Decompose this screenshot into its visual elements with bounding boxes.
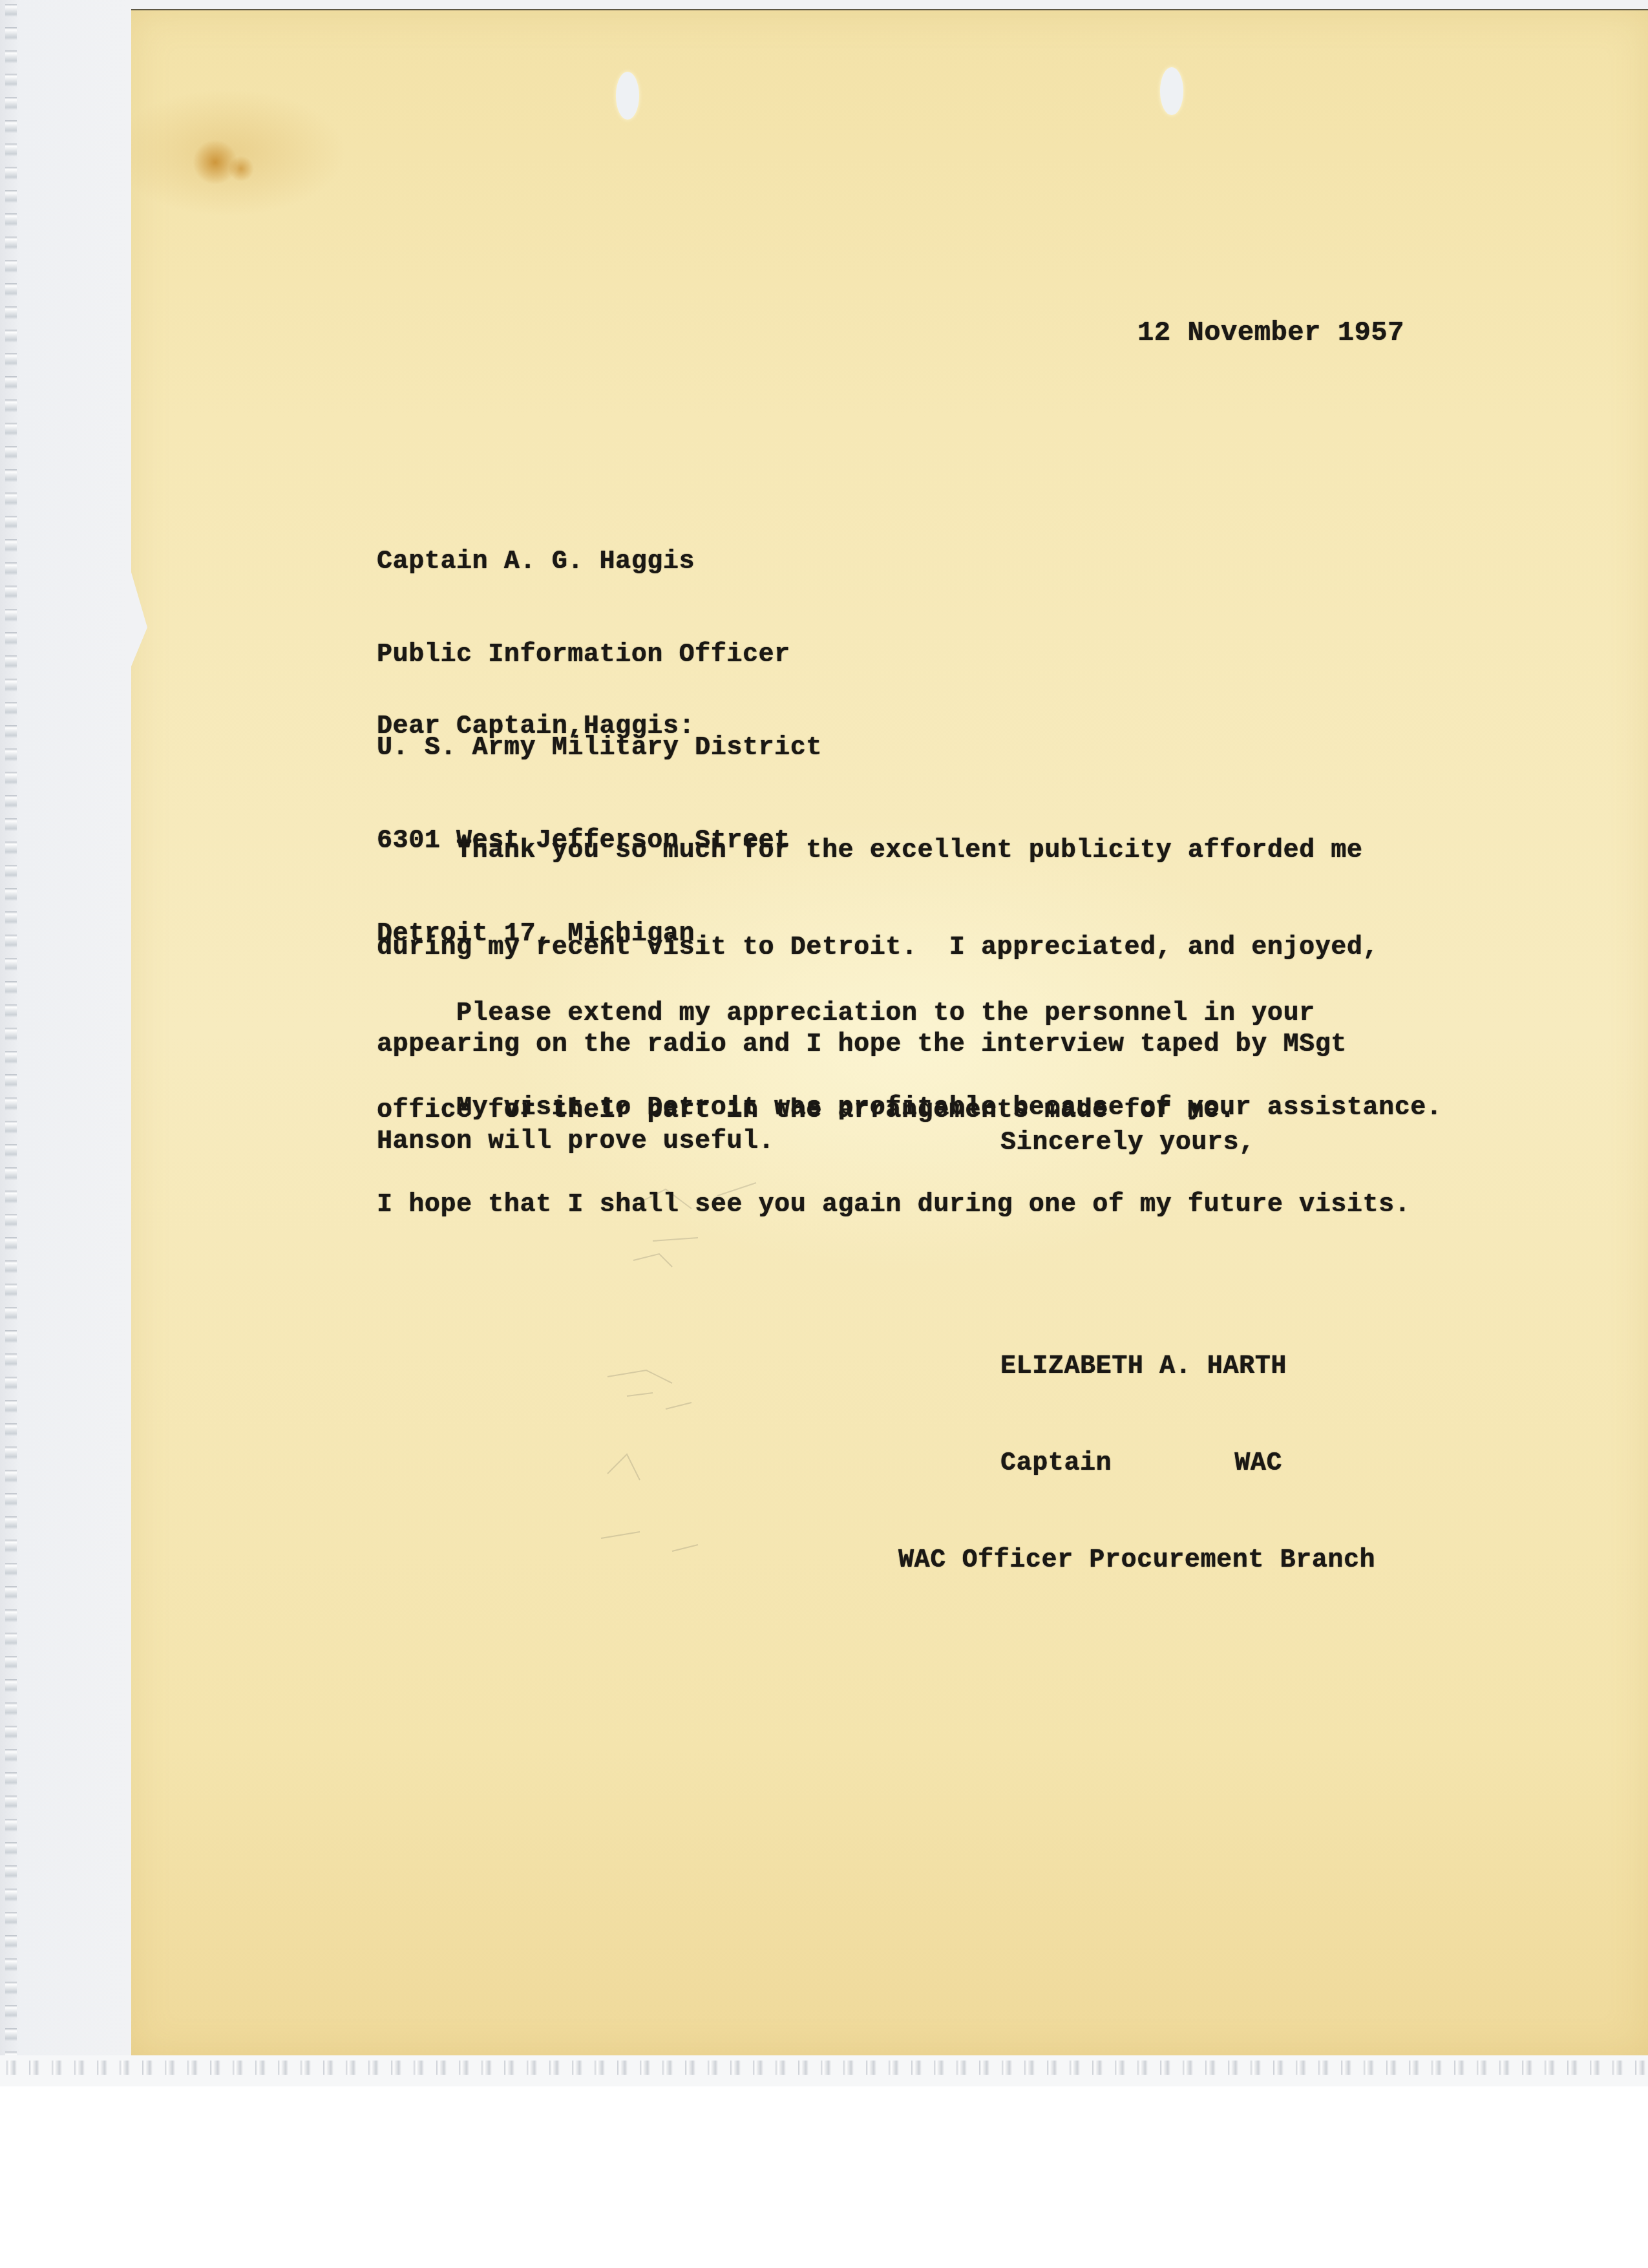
rust-stain (228, 156, 254, 182)
faint-pencil-marks (569, 1176, 931, 1758)
signature-block: ELIZABETH A. HARTH CaptainWAC WAC Office… (1000, 1286, 1375, 1609)
signer-corps: WAC (1234, 1449, 1282, 1478)
paragraph-line: I hope that I shall see you again during… (377, 1189, 1475, 1222)
signer-rank-row: CaptainWAC (1000, 1448, 1375, 1480)
signer-rank: Captain (1000, 1449, 1112, 1478)
paragraph-line: My visit to Detroit was profitable becau… (377, 1092, 1475, 1125)
address-line: Captain A. G. Haggis (377, 547, 822, 578)
signer-name: ELIZABETH A. HARTH (1000, 1351, 1375, 1383)
punch-hole-left (616, 72, 639, 120)
closing: Sincerely yours, (1000, 1127, 1255, 1160)
sleeve-perforation-bottom (0, 2055, 1648, 2088)
body-paragraph-3: My visit to Detroit was profitable becau… (377, 1028, 1475, 1254)
scanner-background (0, 2086, 1648, 2268)
paragraph-line: Thank you so much for the excellent publ… (377, 835, 1475, 867)
sleeve-perforation-left (5, 0, 17, 2062)
paragraph-line: Please extend my appreciation to the per… (377, 998, 1475, 1030)
letter-date: 12 November 1957 (1137, 317, 1404, 349)
salutation: Dear Captain,Haggis: (377, 711, 695, 743)
punch-hole-right (1160, 67, 1183, 115)
signer-branch: WAC Officer Procurement Branch (898, 1545, 1375, 1577)
address-line: Public Information Officer (377, 640, 822, 671)
